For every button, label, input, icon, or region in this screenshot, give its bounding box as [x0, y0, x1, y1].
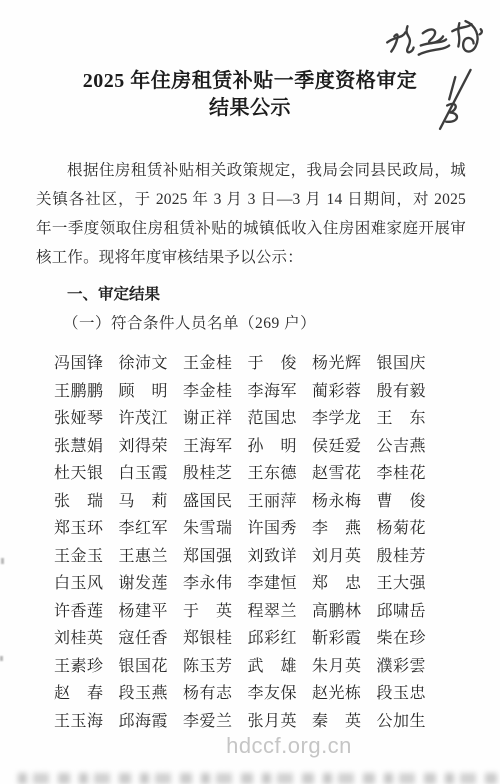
person-name: 于 俊: [248, 350, 313, 373]
person-name: 刘桂英: [54, 625, 119, 648]
person-name: 张慧娟: [54, 433, 119, 456]
intro-paragraph: 根据住房租赁补贴相关政策规定，我局会同县民政局，城关镇各社区，于 2025 年 …: [36, 156, 466, 272]
section-subheading-eligible-list: （一）符合条件人员名单（269 户）: [63, 309, 500, 338]
person-name: 李红军: [119, 515, 184, 538]
person-name: 刘月英: [312, 543, 377, 566]
person-name: 郑 忠: [312, 570, 377, 593]
person-name: 王素珍: [54, 653, 119, 676]
person-name: 于 英: [183, 598, 248, 621]
person-name: 张月英: [248, 708, 313, 731]
person-name: 秦 英: [312, 708, 377, 731]
site-watermark: hdccf.org.cn: [0, 733, 500, 759]
person-name: 杜天银: [54, 460, 119, 483]
person-name: 段玉燕: [119, 680, 184, 703]
scan-speck: [0, 656, 3, 661]
person-name: 王海军: [183, 433, 248, 456]
person-name: 李建恒: [248, 570, 313, 593]
person-name: 濮彩雲: [377, 653, 442, 676]
person-name: 王金桂: [183, 350, 248, 373]
document-page: 2025 年住房租赁补贴一季度资格审定 结果公示 根据住房租赁补贴相关政策规定，…: [0, 0, 500, 784]
person-name: 李友保: [248, 680, 313, 703]
person-name: 王大强: [377, 570, 442, 593]
person-name: 刘致详: [248, 543, 313, 566]
person-name: 曹 俊: [377, 488, 442, 511]
person-name: 寇任香: [119, 625, 184, 648]
person-name: 王惠兰: [119, 543, 184, 566]
person-name: 冯国锋: [54, 350, 119, 373]
person-name: 李金桂: [183, 378, 248, 401]
person-name: 徐沛文: [119, 350, 184, 373]
person-name: 银国庆: [377, 350, 442, 373]
person-name: 郑玉环: [54, 515, 119, 538]
person-name: 段玉忠: [377, 680, 442, 703]
person-name: 赵光栋: [312, 680, 377, 703]
person-name: 高鹏林: [312, 598, 377, 621]
person-name: 侯廷爱: [312, 433, 377, 456]
eligible-names-grid: 冯国锋徐沛文王金桂于 俊杨光辉银国庆王鹏鹏顾 明李金桂李海军蔺彩蓉殷有毅张娅琴许…: [54, 348, 500, 733]
person-name: 杨建平: [119, 598, 184, 621]
person-name: 杨永梅: [312, 488, 377, 511]
person-name: 刘得荣: [119, 433, 184, 456]
person-name: 陈玉芳: [183, 653, 248, 676]
person-name: 公吉燕: [377, 433, 442, 456]
person-name: 邱海霞: [119, 708, 184, 731]
person-name: 李永伟: [183, 570, 248, 593]
person-name: 殷桂芝: [183, 460, 248, 483]
person-name: 孙 明: [248, 433, 313, 456]
person-name: 白玉霞: [119, 460, 184, 483]
person-name: 杨菊花: [377, 515, 442, 538]
person-name: 王金玉: [54, 543, 119, 566]
person-name: 许茂江: [119, 405, 184, 428]
person-name: 许香莲: [54, 598, 119, 621]
person-name: 白玉风: [54, 570, 119, 593]
person-name: 盛国民: [183, 488, 248, 511]
person-name: 武 雄: [248, 653, 313, 676]
person-name: 靳彩霞: [312, 625, 377, 648]
person-name: 柴在珍: [377, 625, 442, 648]
blurred-bottom-text-strip: [18, 773, 500, 784]
person-name: 程翠兰: [248, 598, 313, 621]
person-name: 李学龙: [312, 405, 377, 428]
person-name: 赵 春: [54, 680, 119, 703]
person-name: 赵雪花: [312, 460, 377, 483]
person-name: 朱月英: [312, 653, 377, 676]
person-name: 郑银桂: [183, 625, 248, 648]
person-name: 郑国强: [183, 543, 248, 566]
handwritten-signature: [382, 14, 494, 136]
scan-speck: [1, 558, 4, 564]
person-name: 杨光辉: [312, 350, 377, 373]
person-name: 王鹏鹏: [54, 378, 119, 401]
person-name: 王东德: [248, 460, 313, 483]
person-name: 殷桂芳: [377, 543, 442, 566]
person-name: 李桂花: [377, 460, 442, 483]
person-name: 公加生: [377, 708, 442, 731]
person-name: 张娅琴: [54, 405, 119, 428]
person-name: 王 东: [377, 405, 442, 428]
person-name: 谢正祥: [183, 405, 248, 428]
person-name: 李 燕: [312, 515, 377, 538]
person-name: 李海军: [248, 378, 313, 401]
person-name: 邱彩红: [248, 625, 313, 648]
person-name: 谢发莲: [119, 570, 184, 593]
person-name: 蔺彩蓉: [312, 378, 377, 401]
section-heading-results: 一、审定结果: [67, 280, 500, 309]
person-name: 殷有毅: [377, 378, 442, 401]
signature-ink-icon: [382, 14, 494, 136]
person-name: 王丽萍: [248, 488, 313, 511]
person-name: 王玉海: [54, 708, 119, 731]
person-name: 杨有志: [183, 680, 248, 703]
person-name: 朱雪瑞: [183, 515, 248, 538]
person-name: 范国忠: [248, 405, 313, 428]
person-name: 张 瑞: [54, 488, 119, 511]
person-name: 顾 明: [119, 378, 184, 401]
person-name: 银国花: [119, 653, 184, 676]
person-name: 李爱兰: [183, 708, 248, 731]
person-name: 马 莉: [119, 488, 184, 511]
person-name: 邱啸岳: [377, 598, 442, 621]
person-name: 许国秀: [248, 515, 313, 538]
